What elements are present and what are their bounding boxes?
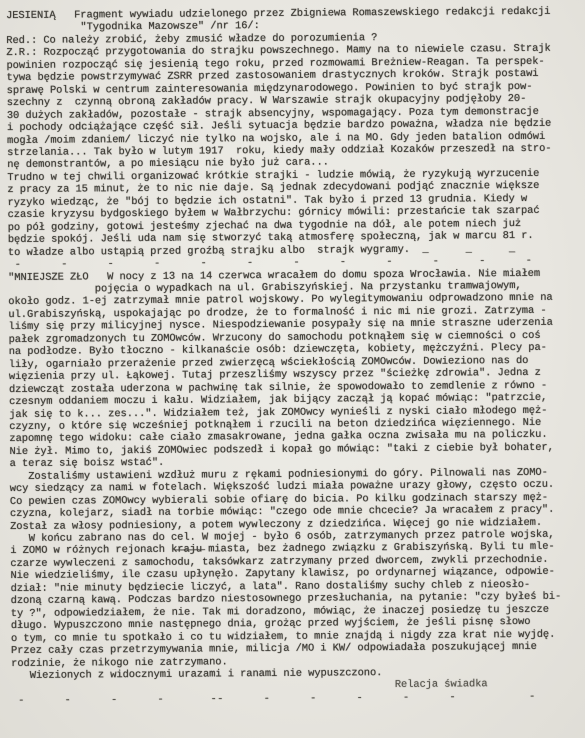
scanned-document-page: JESIENIĄ Fragment wywiadu udzielonego pr…	[0, 0, 585, 738]
typewritten-text-block: JESIENIĄ Fragment wywiadu udzielonego pr…	[6, 5, 585, 707]
